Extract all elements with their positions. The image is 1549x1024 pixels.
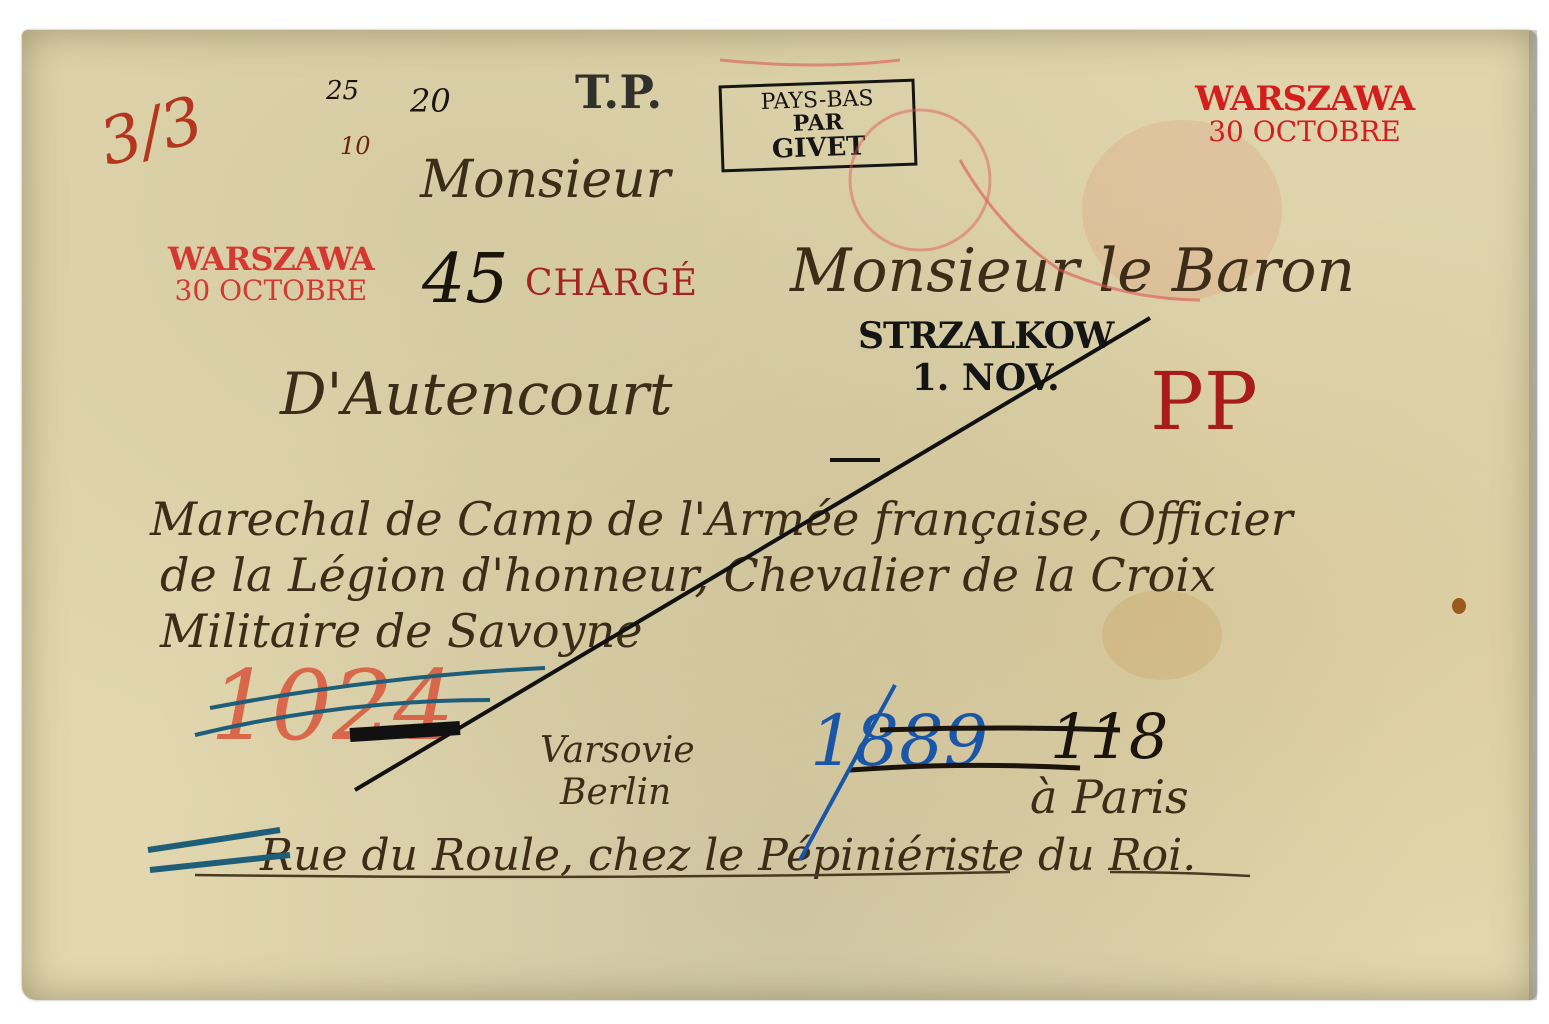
fraction-top: 25 <box>326 76 359 106</box>
black-number: 118 <box>1050 700 1168 773</box>
warszawa-postmark-left: WARSZAWA 30 OCTOBRE <box>168 243 374 305</box>
blue-number: 1889 <box>810 700 988 782</box>
stain <box>1452 598 1466 614</box>
route-varsovie: Varsovie <box>540 730 695 771</box>
charge-postmark: CHARGÉ <box>525 266 698 302</box>
warszawa-postmark-top-right: WARSZAWA 30 OCTOBRE <box>1195 82 1414 146</box>
addressee-name: Monsieur le Baron <box>790 236 1355 306</box>
street-address: Rue du Roule, chez le Pépiniériste du Ro… <box>260 830 1196 881</box>
title-line-2: de la Légion d'honneur, Chevalier de la … <box>160 548 1216 602</box>
postmark-city: WARSZAWA <box>1195 82 1414 116</box>
title-line-1: Marechal de Camp de l'Armée française, O… <box>150 492 1293 546</box>
route-berlin: Berlin <box>560 772 671 813</box>
tp-postmark: T.P. <box>575 68 662 116</box>
destination-paris: à Paris <box>1030 770 1189 824</box>
postmark-date: 1. NOV. <box>858 360 1113 398</box>
pp-postmark: PP <box>1150 362 1258 442</box>
postmark-date: 30 OCTOBRE <box>168 277 374 305</box>
number-45: 45 <box>422 240 509 319</box>
stain <box>1102 590 1222 680</box>
addressee-surname: D'Autencourt <box>280 360 672 428</box>
greeting: Monsieur <box>420 150 670 210</box>
fraction-bottom: 10 <box>340 132 371 160</box>
number-20: 20 <box>410 82 451 120</box>
postmark-city: WARSZAWA <box>168 243 374 275</box>
red-registration-number: 1024 <box>210 650 454 762</box>
postmark-line: GIVET <box>733 132 904 165</box>
postmark-date: 30 OCTOBRE <box>1195 118 1414 146</box>
postmark-city: STRZALKOW <box>858 318 1113 356</box>
pays-bas-par-givet-postmark: PAYS-BAS PAR GIVET <box>719 79 918 173</box>
strzalkow-postmark: STRZALKOW 1. NOV. <box>858 318 1113 398</box>
